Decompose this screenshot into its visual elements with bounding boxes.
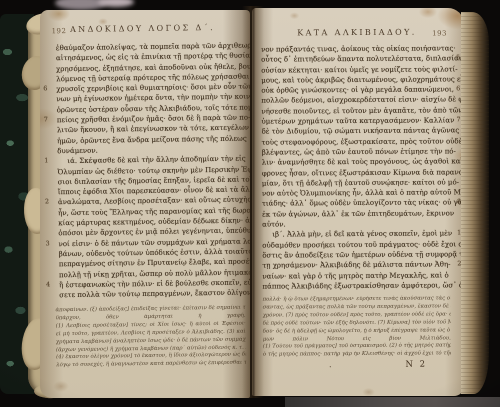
line-text: ὅστις ἂν ἀποδείξειε τῶν ἡμετέρων οὐδένα … <box>262 250 464 259</box>
page-edges-right <box>461 12 489 394</box>
left-running-title: ΑΝΔΟΚΙΔΟΥ ΛΟΓΟΣ Δ΄. <box>40 23 248 35</box>
line-text: σετε πολλὰ τῶν τούτῳ πεπραγμένων, ἕκαστο… <box>59 288 250 299</box>
margin-section-number: 1 <box>44 157 48 167</box>
signature-row: . N 2 <box>263 359 451 372</box>
line-text: ἐκ τῶν ἀγώνων, ἀλλ᾽ ἐκ τῶν ἐπιτηδευμάτων… <box>262 209 454 218</box>
margin-section-number: 4 <box>46 280 50 290</box>
margin-section-number: 3 <box>45 239 49 249</box>
left-body-text: ἐθαύμαζον ἀπολείψας, τὰ πομπεῖα παρὰ τῶν… <box>56 41 246 301</box>
left-footnotes: ἀποφαίνων. (ξ) ἀποδείξας] ἐπιδείξας γίνε… <box>55 305 246 371</box>
line-text: ιβ΄. Ἀλλὰ μὴν, εἰ δεῖ κατὰ γένος σκοπεῖν… <box>272 230 452 239</box>
line-text: φρονες ἦσαν, οἵτινες ἐξωστράκισαν Κίμωνα… <box>262 168 464 177</box>
margin-section-number: 7 <box>456 115 460 125</box>
footnote-line: λόγῳ τὸ συνεχές, ἢ ἀναγνωστέον κατὰ παρέ… <box>56 360 246 371</box>
left-page-content: 192 ΑΝΔΟΚΙΔΟΥ ΛΟΓΟΣ Δ΄. ἐθαύμαζον ἀπολεί… <box>40 10 250 398</box>
line-text: πάππος Ἀλκιβιάδης ἐξωστρακίσθησαν ἀμφότε… <box>262 281 464 290</box>
line-text: ὑμετέρων χρημάτων ταῦτα κατεργασάμενον· … <box>261 116 454 125</box>
table-surface <box>285 397 500 407</box>
line-text: τῃ χρησάμενον· Ἀλκιβιάδης δὲ μάλιστα πάν… <box>262 261 450 270</box>
line-text: οὐδαμόθεν προσήκει τούτου τοῦ πράγματος·… <box>262 240 464 249</box>
right-running-title: ΚΑΤΑ ΑΛΚΙΒΙΑΔΟΥ. <box>252 27 463 37</box>
line-text: νον αὐτὸς Ὀλυμπιονίκης ἦν, ἀλλὰ καὶ ὁ πα… <box>262 188 464 197</box>
line-text: ναίων· καὶ γὰρ ὁ τῆς μητρὸς πατὴρ Μεγακλ… <box>262 271 448 280</box>
book-gutter-shadow <box>242 6 264 398</box>
right-footnotes: πολλά· ἢ ᾧ ὅτων ἐξημαρτημένων· εὑρήσετε … <box>263 295 451 359</box>
line-text: νον πράξαντάς τινας, ἀοίκους τὰς οἰκίας … <box>261 44 456 53</box>
line-text: αὐτόν. <box>262 220 286 228</box>
text-line: σετε πολλὰ τῶν τούτῳ πεπραγμένων, ἕκαστο… <box>59 288 245 301</box>
line-text: οὐκ ὀρθῶς γινώσκοντες· οἱ γὰρ μεγάλα δαπ… <box>261 86 454 95</box>
line-text: βλέψαντες, ὡς ἀπὸ τῶν ἑαυτοῦ πόνων ἐτίμη… <box>262 147 456 156</box>
right-body-text: νον πράξαντάς τινας, ἀοίκους τὰς οἰκίας … <box>261 43 449 291</box>
footnote-line: ὁ τῆς μητρὸς πάππος· πατὴρ γὰρ ἦν Κλεισθ… <box>263 351 451 360</box>
line-text: μους, καὶ τοὺς ἀκριβῶς διαιτωμένους, φιλ… <box>261 75 464 84</box>
line-text: δὲ τὸν Διδυμίου, τῷ σώματι νικήσαντα πάν… <box>262 127 460 136</box>
catchword-dot: . <box>329 360 332 369</box>
right-page-content: 193 ΚΑΤΑ ΑΛΚΙΒΙΑΔΟΥ. νον πράξαντάς τινας… <box>252 8 464 396</box>
line-text: οὐσίαν κέκτηται· καίτοι ὑμεῖς γε νομίζετ… <box>261 65 457 74</box>
signature-mark: N 2 <box>405 360 427 370</box>
margin-section-number: 5 <box>456 54 460 64</box>
margin-section-number: 6 <box>456 85 460 95</box>
text-line: πάππος Ἀλκιβιάδης ἐξωστρακίσθησαν ἀμφότε… <box>262 280 448 291</box>
line-text: λιν· ἀναμνήσθητε δὲ καὶ τοὺς προγόνους, … <box>262 158 464 167</box>
line-text: οὗτος δ᾽ ἐπιτηδεύων ἅπαντα πολυτελέστατα… <box>261 55 463 64</box>
margin-section-number: 2 <box>45 198 49 208</box>
line-text: πολλῶν δεόμενοι, αἰσχροκερδέστατοί εἰσιν… <box>261 96 464 105</box>
line-text: τοὺς στεφανοφόρους, ἐξωστρακίσατε, πρὸς … <box>262 137 464 146</box>
line-text: δυνάμενον. <box>57 147 98 156</box>
margin-section-number: 6 <box>43 85 47 95</box>
line-text: μίαν, ὅτι τῇ ἀδελφῇ τῇ ἑαυτοῦ συνῴκησε· … <box>262 178 459 187</box>
line-text: τιάδης· ἀλλ᾽ ὅμως οὐδὲν ὑπελογίζοντο τὰς… <box>262 199 464 208</box>
right-page: 193 ΚΑΤΑ ΑΛΚΙΒΙΑΔΟΥ. νον πράξαντάς τινας… <box>252 8 464 396</box>
line-text: νήσεσθε ποιοῦντες, εἰ τοῦτον μὲν ἀγαπᾶτε… <box>261 106 462 115</box>
margin-section-number: 7 <box>44 115 48 125</box>
book-photograph: 192 ΑΝΔΟΚΙΔΟΥ ΛΟΓΟΣ Δ΄. ἐθαύμαζον ἀπολεί… <box>0 0 500 407</box>
left-page: 192 ΑΝΔΟΚΙΔΟΥ ΛΟΓΟΣ Δ΄. ἐθαύμαζον ἀπολεί… <box>40 10 250 398</box>
